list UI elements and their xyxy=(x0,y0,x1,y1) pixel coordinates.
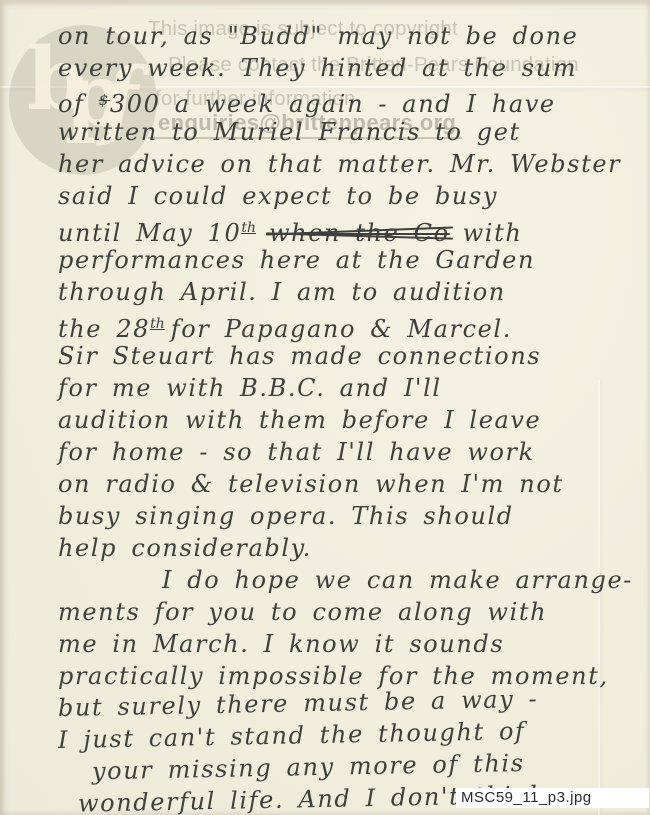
letter-line: I do hope we can make arrange- xyxy=(58,564,650,596)
letter-line: written to Muriel Francis to get xyxy=(58,116,650,148)
letter-line: her advice on that matter. Mr. Webster xyxy=(58,148,650,180)
letter-line: of $300 a week again - and I have xyxy=(58,84,650,116)
ordinal-superscript: th xyxy=(241,220,256,236)
letter-line: on radio & television when I'm not xyxy=(58,468,650,500)
letter-line: until May 10thwhen the Cowith xyxy=(58,212,650,244)
ordinal-superscript: th xyxy=(150,316,165,332)
scribbled-dollar-sign: $ xyxy=(99,91,110,109)
letter-line-text: with xyxy=(463,219,523,247)
letter-line: through April. I am to audition xyxy=(58,276,650,308)
letter-line: help considerably. xyxy=(58,532,650,564)
letter-line: every week. They hinted at the sum xyxy=(58,52,650,84)
scanned-letter-page: b p f This image is subject to copyright… xyxy=(0,0,650,815)
letter-line-text: the 28 xyxy=(58,315,150,343)
letter-line-text: of xyxy=(58,90,99,118)
letter-line: audition with them before I leave xyxy=(58,404,650,436)
letter-line: said I could expect to be busy xyxy=(58,180,650,212)
filename-label: MSC59_11_p3.jpg xyxy=(456,788,649,808)
letter-line: for home - so that I'll have work xyxy=(58,436,650,468)
letter-line-text: 300 a week again - and I have xyxy=(110,90,556,118)
letter-line: Sir Steuart has made connections xyxy=(58,340,650,372)
letter-line: the 28thfor Papagano & Marcel. xyxy=(58,308,650,340)
letter-line: performances here at the Garden xyxy=(58,244,650,276)
letter-line: me in March. I know it sounds xyxy=(58,628,650,660)
letter-line-text: until May 10 xyxy=(58,219,241,247)
letter-line: on tour, as "Budd" may not be done xyxy=(58,20,650,52)
letter-body: on tour, as "Budd" may not be done every… xyxy=(58,20,650,815)
letter-line: ments for you to come along with xyxy=(58,596,650,628)
struck-out-text: when the Co xyxy=(269,219,450,247)
letter-line-text: for Papagano & Marcel. xyxy=(171,315,512,343)
letter-line: busy singing opera. This should xyxy=(58,500,650,532)
letter-line: for me with B.B.C. and I'll xyxy=(58,372,650,404)
